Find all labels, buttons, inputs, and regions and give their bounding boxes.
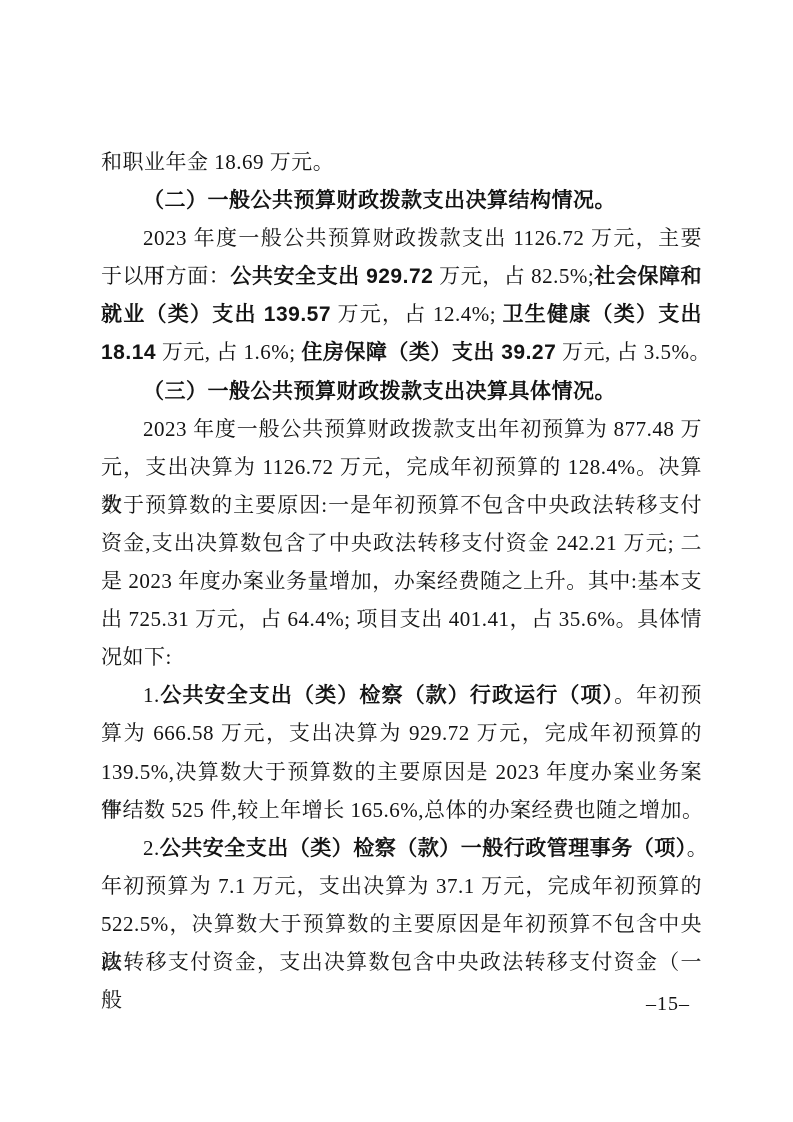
text-segment: 是 2023 年度办案业务量增加，办案经费随之上升。其中:基本支 [101,569,702,593]
text-segment: 于以下方面： [101,264,230,288]
text-segment: 。 [687,836,709,860]
text-line: 元，支出决算为 1126.72 万元，完成年初预算的 128.4%。决算数 [101,448,702,486]
text-segment: 2023 年度一般公共预算财政拨款支出年初预算为 877.48 万 [143,417,702,441]
heading-text-segment: 公共安全支出（类）检察（款）一般行政管理事务（项） [160,837,687,860]
text-segment: 。年初预 [614,683,702,707]
document-page: 和职业年金 18.69 万元。（二）一般公共预算财政拨款支出决算结构情况。202… [0,0,793,1122]
heading-text-segment: 公共安全支出 929.72 [230,265,433,288]
heading-text-segment: 社会保障和 [594,265,702,288]
text-line: 出 725.31 万元，占 64.4%; 项目支出 401.41，占 35.6%… [101,600,702,638]
text-line: 139.5%,决算数大于预算数的主要原因是 2023 年度办案业务案件 [101,753,702,791]
text-line: 审结数 525 件,较上年增长 165.6%,总体的办案经费也随之增加。 [101,791,702,829]
text-segment: 年初预算为 7.1 万元，支出决算为 37.1 万元，完成年初预算的 [101,874,702,898]
text-line: 算为 666.58 万元，支出决算为 929.72 万元，完成年初预算的 [101,714,702,752]
text-line: 是 2023 年度办案业务量增加，办案经费随之上升。其中:基本支 [101,562,702,600]
heading-text-segment: 就业（类）支出 139.57 [101,303,331,326]
text-line: 大于预算数的主要原因:一是年初预算不包含中央政法转移支付 [101,486,702,524]
text-line: （二）一般公共预算财政拨款支出决算结构情况。 [101,181,702,219]
text-line: 2.公共安全支出（类）检察（款）一般行政管理事务（项）。 [101,829,702,867]
text-segment: 万元，占 82.5%; [433,264,594,288]
text-line: 况如下: [101,638,702,676]
text-segment: 审结数 525 件,较上年增长 165.6%,总体的办案经费也随之增加。 [101,798,704,822]
text-line: 18.14 万元, 占 1.6%; 住房保障（类）支出 39.27 万元, 占 … [101,333,702,371]
heading-text-segment: （三）一般公共预算财政拨款支出决算具体情况。 [143,380,616,403]
document-body: 和职业年金 18.69 万元。（二）一般公共预算财政拨款支出决算结构情况。202… [101,143,702,981]
text-line: 2023 年度一般公共预算财政拨款支出 1126.72 万元，主要用 [101,219,702,257]
text-line: 522.5%，决算数大于预算数的主要原因是年初预算不包含中央政 [101,905,702,943]
text-segment: 万元, 占 3.5%。 [556,340,711,364]
text-line: （三）一般公共预算财政拨款支出决算具体情况。 [101,372,702,410]
text-segment: 和职业年金 18.69 万元。 [101,150,334,174]
text-line: 就业（类）支出 139.57 万元，占 12.4%; 卫生健康（类）支出 [101,295,702,333]
text-line: 年初预算为 7.1 万元，支出决算为 37.1 万元，完成年初预算的 [101,867,702,905]
text-segment: 大于预算数的主要原因:一是年初预算不包含中央政法转移支付 [101,493,702,517]
text-line: 1.公共安全支出（类）检察（款）行政运行（项）。年初预 [101,676,702,714]
text-line: 和职业年金 18.69 万元。 [101,143,702,181]
text-line: 于以下方面：公共安全支出 929.72 万元，占 82.5%;社会保障和 [101,257,702,295]
heading-text-segment: 公共安全支出（类）检察（款）行政运行（项） [160,684,614,707]
text-line: 法转移支付资金，支出决算数包含中央政法转移支付资金（一般 [101,943,702,981]
text-segment: 法转移支付资金，支出决算数包含中央政法转移支付资金（一般 [101,950,702,1012]
text-line: 2023 年度一般公共预算财政拨款支出年初预算为 877.48 万 [101,410,702,448]
text-segment: 资金,支出决算数包含了中央政法转移支付资金 242.21 万元; 二 [101,531,702,555]
page-number: –15– [646,989,690,1019]
text-segment: 况如下: [101,645,172,669]
text-segment: 出 725.31 万元，占 64.4%; 项目支出 401.41，占 35.6%… [101,607,702,631]
text-segment: 万元，占 12.4%; [331,302,503,326]
heading-text-segment: 住房保障（类）支出 39.27 [301,341,556,364]
text-line: 资金,支出决算数包含了中央政法转移支付资金 242.21 万元; 二 [101,524,702,562]
heading-text-segment: 卫生健康（类）支出 [503,303,702,326]
text-segment: 1. [143,683,160,707]
text-segment: 2. [143,836,160,860]
text-segment: 万元, 占 1.6%; [156,340,301,364]
text-segment: 算为 666.58 万元，支出决算为 929.72 万元，完成年初预算的 [101,721,702,745]
heading-text-segment: 18.14 [101,341,156,364]
heading-text-segment: （二）一般公共预算财政拨款支出决算结构情况。 [143,189,616,212]
